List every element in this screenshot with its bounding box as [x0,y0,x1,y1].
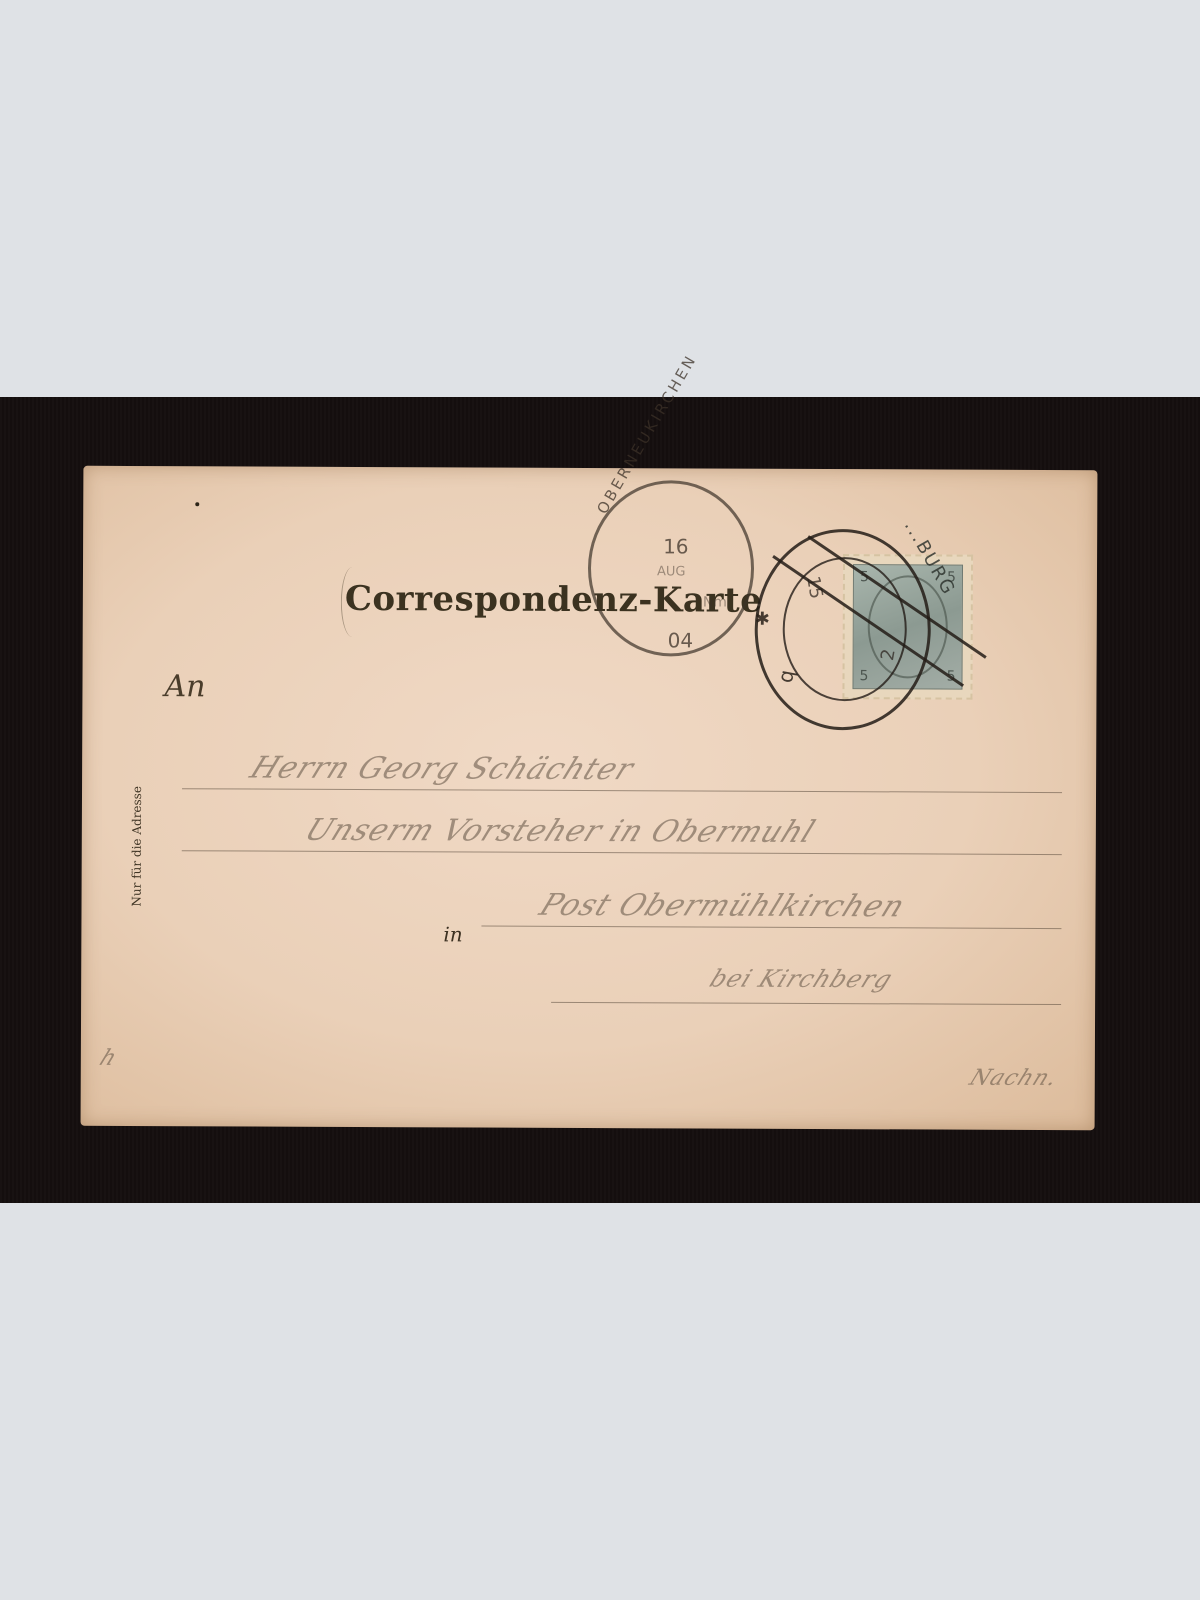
postmark-1-day: 16 [663,534,689,558]
address-line-4 [551,1002,1061,1005]
location-prefix: in [443,922,462,946]
handwriting-line-1: Herrn Georg Schächter [245,751,639,788]
side-note: Nur für die Adresse [130,786,145,907]
postmark-cancellation-inner [782,557,907,702]
postmark-star-icon: ✱ [755,609,770,630]
postmark-1-month: AUG [657,564,686,579]
handwriting-line-3: Post Obermühlkirchen [534,888,910,925]
corner-mark-right: Nachn. [966,1066,1062,1091]
address-line-2 [182,850,1062,855]
postmark-1-year: 04 [668,628,694,652]
handwriting-line-4: bei Kirchberg [705,965,897,994]
addressee-prefix: An [164,669,205,704]
postmark-1-time: Nm. [703,594,732,610]
corner-mark-left: h [96,1046,121,1071]
address-line-3 [481,926,1061,930]
address-line-1 [182,788,1062,793]
ink-speck [195,502,199,506]
handwriting-line-2: Unserm Vorsteher in Obermuhl [300,813,821,850]
postcard: Correspondenz-Karte An Nur für die Adres… [81,466,1098,1130]
